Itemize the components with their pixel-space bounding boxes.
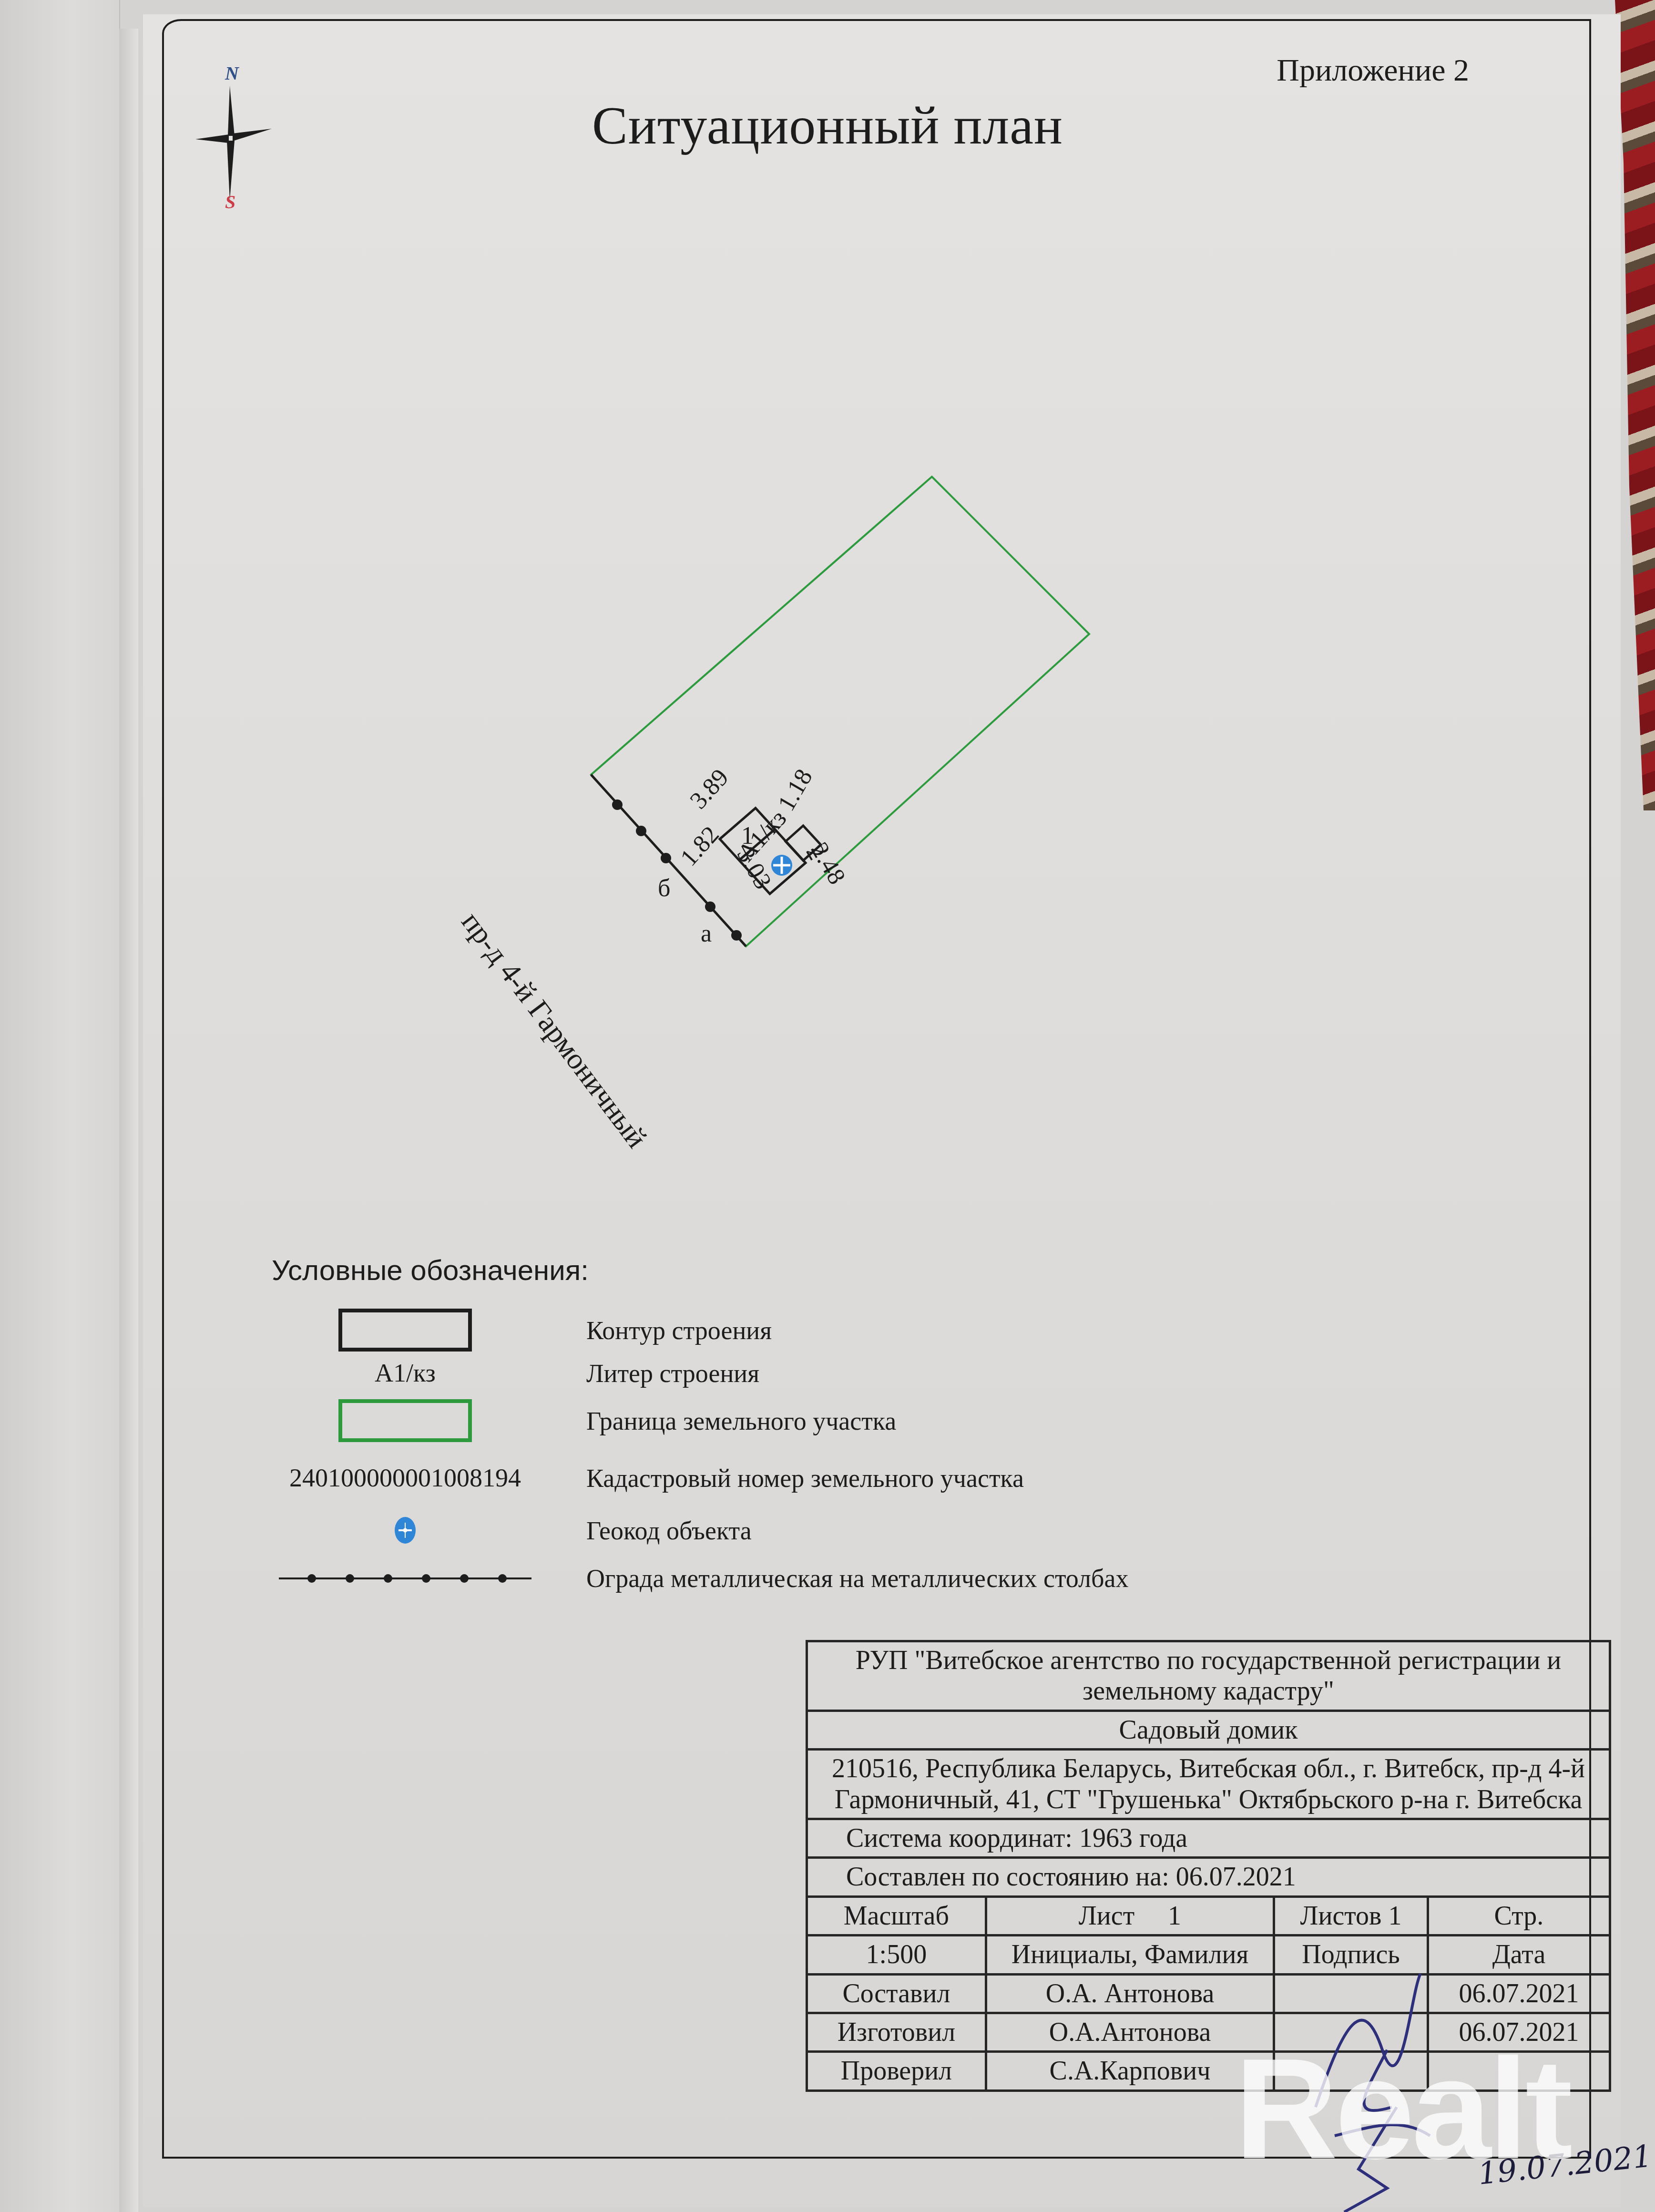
legend-item-metal-fence: Ограда металлическая на металлических ст… xyxy=(267,1554,1411,1602)
state-as-of: Составлен по состоянию на: 06.07.2021 xyxy=(807,1858,1610,1896)
dimension-label: 3.89 xyxy=(685,764,734,814)
header-row: Масштаб Лист 1 Листов 1 Стр. xyxy=(807,1896,1610,1935)
land-boundary-icon xyxy=(338,1399,472,1442)
coordinate-system: Система координат: 1963 года xyxy=(807,1819,1610,1857)
metal-fence-icon xyxy=(279,1573,531,1583)
watermark: Realt xyxy=(1235,2026,1570,2191)
signatory-row: Составил О.А. Антонова 06.07.2021 xyxy=(807,1974,1610,2013)
organization-name: РУП "Витебское агентство по государствен… xyxy=(807,1641,1610,1711)
legend-item-cadastral-number: 240100000001008194 Кадастровый номер зем… xyxy=(267,1454,1411,1502)
dimension-label: 2.48 xyxy=(806,838,851,889)
legend-item-building-litera: А1/кз Литер строения xyxy=(267,1349,1411,1397)
object-address: 210516, Республика Беларусь, Витебская о… xyxy=(807,1750,1610,1819)
legend-item-geocode: Геокод объекта xyxy=(267,1506,1411,1554)
building-contour-icon xyxy=(338,1309,472,1352)
object-type: Садовый домик xyxy=(807,1710,1610,1749)
scale-value: 1:500 xyxy=(807,1935,986,1974)
fence-marker: б xyxy=(658,875,670,902)
dimension-label: 1.18 xyxy=(773,765,818,816)
legend-item-land-boundary: Граница земельного участка xyxy=(267,1397,1411,1444)
subheader-row: 1:500 Инициалы, Фамилия Подпись Дата xyxy=(807,1935,1610,1974)
geocode-icon xyxy=(395,1517,416,1544)
title-block: РУП "Витебское агентство по государствен… xyxy=(806,1640,1611,2092)
fence-marker: а xyxy=(701,920,712,947)
site-plan-drawing: 3.89 1.18 2.48 1.82 3.03 1 2 А1/кз б а xyxy=(0,0,1655,1144)
dimension-label: 1.82 xyxy=(675,821,725,871)
legend-title: Условные обозначения: xyxy=(272,1254,589,1287)
legend-item-building-contour: Контур строения xyxy=(267,1306,1411,1354)
